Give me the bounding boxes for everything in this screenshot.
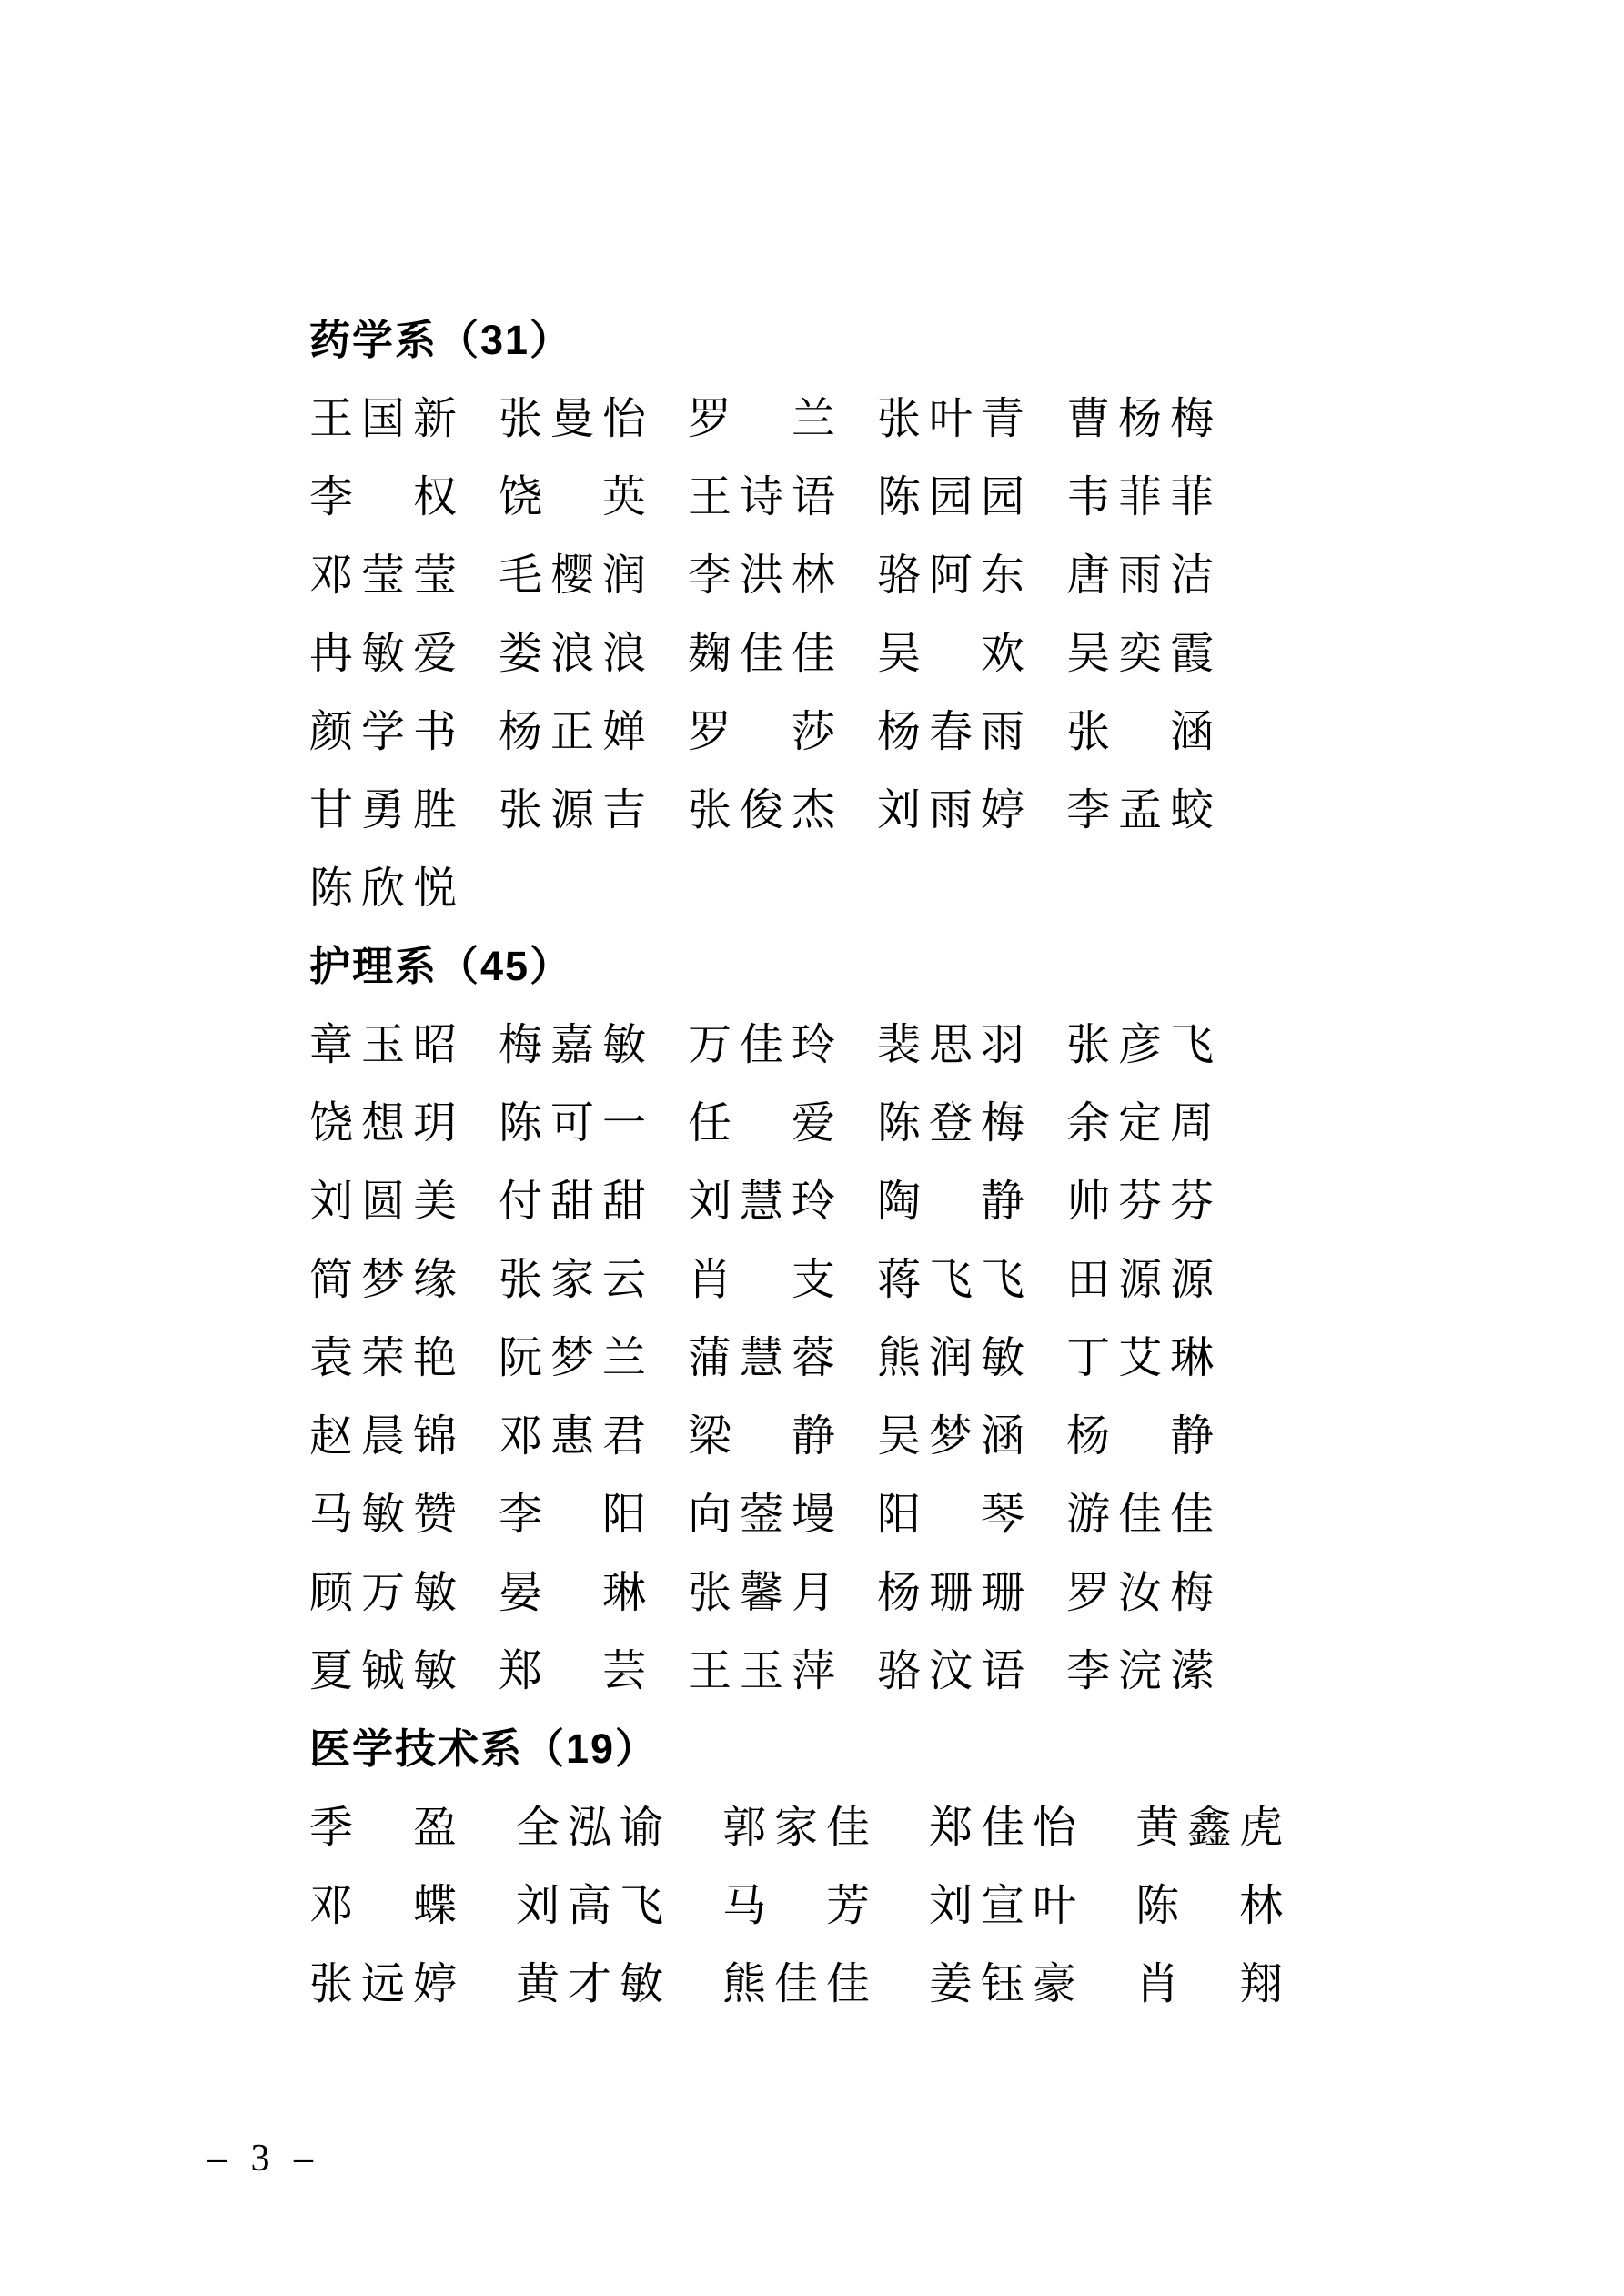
person-name: 马敏赞	[309, 1479, 465, 1542]
person-name: 饶 英	[499, 461, 654, 524]
person-name: 李孟蛟	[1066, 774, 1222, 837]
name-row: 甘勇胜张源吉张俊杰刘雨婷李孟蛟	[309, 766, 1291, 845]
person-name: 肖 支	[688, 1244, 843, 1307]
person-name: 杨 静	[1066, 1401, 1222, 1463]
person-name: 冉敏爱	[309, 618, 465, 681]
person-name: 阳 琴	[877, 1479, 1033, 1542]
person-name: 李 阳	[499, 1479, 654, 1542]
section-pharmacy: 药学系（31） 王国新张曼怡罗 兰张叶青曹杨梅李 权饶 英王诗语陈园园韦菲菲邓莹…	[309, 297, 1291, 923]
person-name: 游佳佳	[1066, 1479, 1222, 1542]
person-name: 毛樱润	[499, 540, 654, 602]
person-name: 熊润敏	[877, 1322, 1033, 1385]
person-name: 王玉萍	[688, 1635, 843, 1698]
person-name: 蒲慧蓉	[688, 1322, 843, 1385]
person-name: 骆汶语	[877, 1635, 1033, 1698]
person-name: 梁 静	[688, 1401, 843, 1463]
person-name: 姜钰豪	[929, 1948, 1084, 2011]
person-name: 马 芳	[722, 1870, 878, 1933]
person-name: 赵晨锦	[309, 1401, 465, 1463]
person-name: 李洪林	[688, 540, 843, 602]
student-name-list: 药学系（31） 王国新张曼怡罗 兰张叶青曹杨梅李 权饶 英王诗语陈园园韦菲菲邓莹…	[309, 297, 1291, 2018]
person-name: 全泓谕	[516, 1792, 671, 1855]
person-name: 吴梦涵	[877, 1401, 1033, 1463]
person-name: 熊佳佳	[722, 1948, 878, 2011]
person-name: 麹佳佳	[688, 618, 843, 681]
name-row: 简梦缘张家云肖 支蒋飞飞田源源	[309, 1236, 1291, 1314]
person-name: 陶 静	[877, 1166, 1033, 1229]
person-name: 邓惠君	[499, 1401, 654, 1463]
person-name: 王诗语	[688, 461, 843, 524]
person-name: 袁荣艳	[309, 1322, 465, 1385]
person-name: 顾万敏	[309, 1557, 465, 1620]
person-name: 李浣潆	[1066, 1635, 1222, 1698]
person-name: 张馨月	[688, 1557, 843, 1620]
name-row: 邓 蝶刘高飞马 芳刘宣叶陈 林	[309, 1862, 1291, 1940]
person-name: 刘高飞	[516, 1870, 671, 1933]
person-name: 梅嘉敏	[499, 1009, 654, 1072]
person-name: 颜学书	[309, 696, 465, 759]
person-name: 章玉昭	[309, 1009, 465, 1072]
name-row: 章玉昭梅嘉敏万佳玲裴思羽张彦飞	[309, 1001, 1291, 1079]
person-name: 夏铖敏	[309, 1635, 465, 1698]
person-name: 甘勇胜	[309, 774, 465, 837]
section-nursing: 护理系（45） 章玉昭梅嘉敏万佳玲裴思羽张彦飞饶想玥陈可一任 爱陈登梅余定周刘圆…	[309, 923, 1291, 1705]
person-name: 张曼怡	[499, 383, 654, 446]
person-name: 刘圆美	[309, 1166, 465, 1229]
person-name: 付甜甜	[499, 1166, 654, 1229]
person-name: 骆阿东	[877, 540, 1033, 602]
person-name: 张源吉	[499, 774, 654, 837]
name-row: 马敏赞李 阳向蓥墁阳 琴游佳佳	[309, 1471, 1291, 1549]
person-name: 郭家佳	[722, 1792, 878, 1855]
person-name: 张远婷	[309, 1948, 465, 2011]
person-name: 罗 莎	[688, 696, 843, 759]
name-row: 季 盈全泓谕郭家佳郑佳怡黄鑫虎	[309, 1784, 1291, 1862]
person-name: 裴思羽	[877, 1009, 1033, 1072]
person-name: 王国新	[309, 383, 465, 446]
name-row: 刘圆美付甜甜刘慧玲陶 静帅芬芬	[309, 1158, 1291, 1236]
name-row: 袁荣艳阮梦兰蒲慧蓉熊润敏丁艾琳	[309, 1314, 1291, 1392]
person-name: 郑佳怡	[929, 1792, 1084, 1855]
person-name: 晏 琳	[499, 1557, 654, 1620]
person-name: 陈登梅	[877, 1087, 1033, 1150]
person-name: 李 权	[309, 461, 465, 524]
person-name: 饶想玥	[309, 1087, 465, 1150]
section-title-nursing: 护理系（45）	[309, 923, 1291, 1001]
person-name: 杨春雨	[877, 696, 1033, 759]
person-name: 邓莹莹	[309, 540, 465, 602]
name-row: 顾万敏晏 琳张馨月杨珊珊罗汝梅	[309, 1549, 1291, 1627]
name-row: 冉敏爱娄浪浪麹佳佳吴 欢吴奕霞	[309, 610, 1291, 688]
section-rows-nursing: 章玉昭梅嘉敏万佳玲裴思羽张彦飞饶想玥陈可一任 爱陈登梅余定周刘圆美付甜甜刘慧玲陶…	[309, 1001, 1291, 1705]
person-name: 张叶青	[877, 383, 1033, 446]
person-name: 郑 芸	[499, 1635, 654, 1698]
name-row: 张远婷黄才敏熊佳佳姜钰豪肖 翔	[309, 1940, 1291, 2018]
section-title-pharmacy: 药学系（31）	[309, 297, 1291, 375]
person-name: 丁艾琳	[1066, 1322, 1222, 1385]
name-row: 饶想玥陈可一任 爱陈登梅余定周	[309, 1079, 1291, 1158]
person-name: 陈 林	[1135, 1870, 1291, 1933]
person-name: 陈欣悦	[309, 853, 465, 915]
person-name: 阮梦兰	[499, 1322, 654, 1385]
name-row: 邓莹莹毛樱润李洪林骆阿东唐雨洁	[309, 531, 1291, 610]
person-name: 田源源	[1066, 1244, 1222, 1307]
person-name: 黄鑫虎	[1135, 1792, 1291, 1855]
person-name: 陈可一	[499, 1087, 654, 1150]
person-name: 黄才敏	[516, 1948, 671, 2011]
section-rows-medical-technology: 季 盈全泓谕郭家佳郑佳怡黄鑫虎邓 蝶刘高飞马 芳刘宣叶陈 林张远婷黄才敏熊佳佳姜…	[309, 1784, 1291, 2018]
name-row: 赵晨锦邓惠君梁 静吴梦涵杨 静	[309, 1392, 1291, 1471]
person-name: 简梦缘	[309, 1244, 465, 1307]
person-name: 曹杨梅	[1066, 383, 1222, 446]
person-name: 肖 翔	[1135, 1948, 1291, 2011]
person-name: 邓 蝶	[309, 1870, 465, 1933]
person-name: 张家云	[499, 1244, 654, 1307]
person-name: 向蓥墁	[688, 1479, 843, 1542]
person-name: 吴奕霞	[1066, 618, 1222, 681]
person-name: 韦菲菲	[1066, 461, 1222, 524]
section-rows-pharmacy: 王国新张曼怡罗 兰张叶青曹杨梅李 权饶 英王诗语陈园园韦菲菲邓莹莹毛樱润李洪林骆…	[309, 375, 1291, 923]
name-row: 李 权饶 英王诗语陈园园韦菲菲	[309, 453, 1291, 531]
person-name: 蒋飞飞	[877, 1244, 1033, 1307]
name-row: 颜学书杨正婵罗 莎杨春雨张 涵	[309, 688, 1291, 766]
name-row: 陈欣悦	[309, 845, 1291, 923]
page-number: – 3 –	[207, 2137, 320, 2180]
person-name: 帅芬芬	[1066, 1166, 1222, 1229]
person-name: 张俊杰	[688, 774, 843, 837]
person-name: 罗 兰	[688, 383, 843, 446]
person-name: 陈园园	[877, 461, 1033, 524]
person-name: 季 盈	[309, 1792, 465, 1855]
person-name: 张 涵	[1066, 696, 1222, 759]
person-name: 张彦飞	[1066, 1009, 1222, 1072]
person-name: 任 爱	[688, 1087, 843, 1150]
person-name: 余定周	[1066, 1087, 1222, 1150]
person-name: 娄浪浪	[499, 618, 654, 681]
person-name: 刘慧玲	[688, 1166, 843, 1229]
name-row: 夏铖敏郑 芸王玉萍骆汶语李浣潆	[309, 1627, 1291, 1705]
person-name: 吴 欢	[877, 618, 1033, 681]
person-name: 刘宣叶	[929, 1870, 1084, 1933]
name-row: 王国新张曼怡罗 兰张叶青曹杨梅	[309, 375, 1291, 453]
person-name: 罗汝梅	[1066, 1557, 1222, 1620]
section-title-medical-technology: 医学技术系（19）	[309, 1705, 1291, 1784]
person-name: 唐雨洁	[1066, 540, 1222, 602]
person-name: 杨珊珊	[877, 1557, 1033, 1620]
person-name: 万佳玲	[688, 1009, 843, 1072]
section-medical-technology: 医学技术系（19） 季 盈全泓谕郭家佳郑佳怡黄鑫虎邓 蝶刘高飞马 芳刘宣叶陈 林…	[309, 1705, 1291, 2018]
person-name: 刘雨婷	[877, 774, 1033, 837]
person-name: 杨正婵	[499, 696, 654, 759]
